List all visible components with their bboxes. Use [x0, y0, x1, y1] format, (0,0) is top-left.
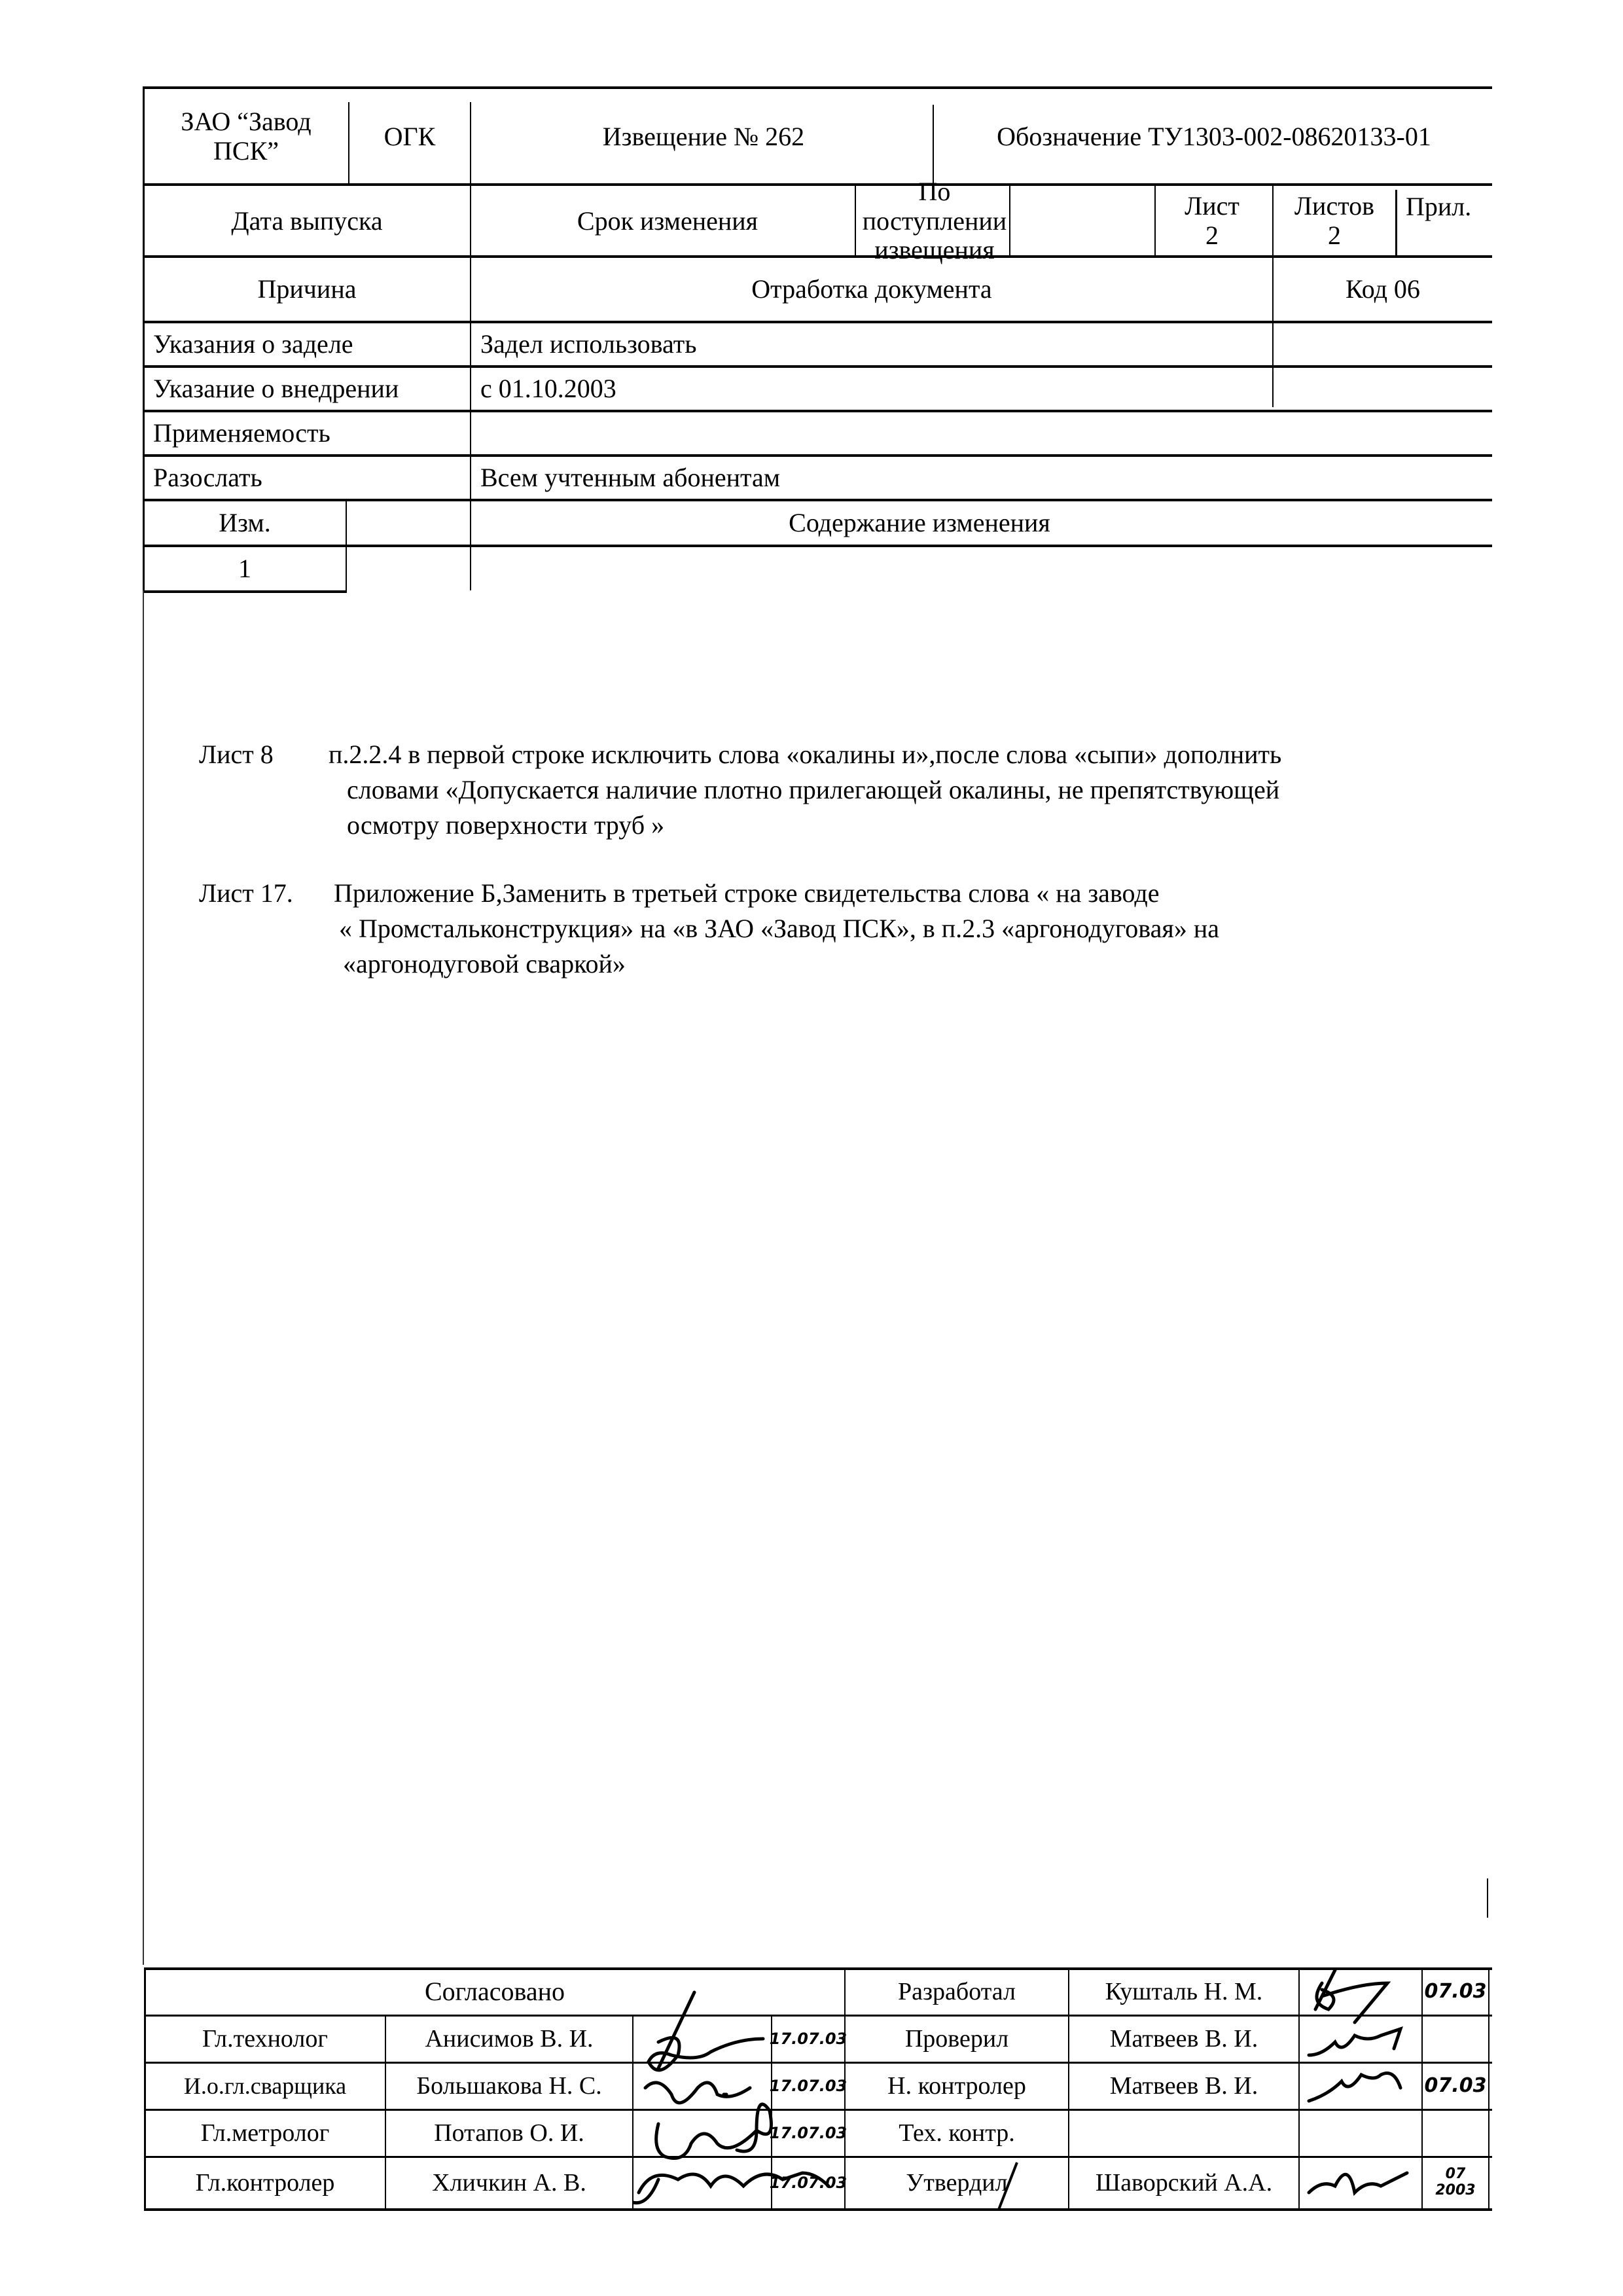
approver-role: Гл.контролер — [145, 2157, 385, 2208]
date-value: 07.03 — [1425, 1981, 1487, 2003]
signature-scribbles-signoff — [1302, 1970, 1420, 2206]
signoff-role: Утвердил — [846, 2157, 1068, 2208]
change-number: 1 — [238, 554, 251, 584]
code-cell: Код 06 — [1274, 258, 1492, 321]
approver-name: Большакова Н. С. — [386, 2063, 632, 2109]
divider — [1395, 190, 1397, 255]
content-line: осмотру поверхности труб » — [347, 806, 664, 844]
signature-stroke — [995, 2160, 1021, 2212]
notice-number: Извещение № 262 — [603, 122, 804, 152]
organization-name-line2: ПСК” — [213, 137, 279, 166]
role-label: И.о.гл.сварщика — [184, 2073, 346, 2099]
role-label: Разработал — [898, 1978, 1016, 2006]
approver-role: Гл.технолог — [145, 2016, 385, 2062]
designation-cell: Обозначение ТУ1303-002-08620133-01 — [936, 89, 1492, 185]
signoff-name: Шаворский А.А. — [1069, 2157, 1298, 2208]
signoff-name: Кушталь Н. М. — [1069, 1969, 1298, 2015]
change-number-cell: 1 — [144, 547, 346, 590]
sheet-cell: Лист 2 — [1152, 186, 1272, 257]
info-label: Указания о заделе — [153, 330, 353, 359]
info-row-label: Указание о внедрении — [144, 368, 470, 410]
page-left-border — [143, 590, 144, 1965]
signoff-date: 07 2003 — [1423, 2157, 1488, 2208]
approver-role: И.о.гл.сварщика — [145, 2063, 385, 2109]
info-value: Задел использовать — [480, 330, 696, 359]
change-number-header: Изм. — [144, 501, 346, 545]
info-row-value: с 01.10.2003 — [471, 368, 1492, 410]
content-sheet-ref: Лист 17. — [199, 874, 293, 912]
info-value: Всем учтенным абонентам — [480, 463, 780, 493]
info-row-value — [471, 412, 1492, 454]
approver-name: Хличкин А. В. — [386, 2157, 632, 2208]
signoff-date: 07.03 — [1423, 1969, 1488, 2015]
name-label: Кушталь Н. М. — [1105, 1978, 1263, 2006]
role-label: Гл.метролог — [201, 2119, 330, 2147]
content-line: словами «Допускается наличие плотно прил… — [347, 771, 1279, 809]
signoff-date: 07.03 — [1423, 2063, 1488, 2109]
divider — [1298, 1967, 1300, 2208]
release-date-cell: Дата выпуска — [144, 186, 470, 257]
margin-mark — [1487, 1878, 1488, 1918]
content-sheet-ref: Лист 8 — [199, 736, 274, 774]
signoff-name — [1069, 2110, 1298, 2156]
sheet-value: 2 — [1205, 221, 1219, 251]
signoff-role: Проверил — [846, 2016, 1068, 2062]
info-label: Разослать — [153, 463, 262, 493]
table-border-right — [1488, 1967, 1489, 2210]
info-row-label: Применяемость — [144, 412, 470, 454]
sheets-total-cell: Листов 2 — [1274, 186, 1395, 257]
divider — [1009, 186, 1010, 257]
change-content-header: Содержание изменения — [347, 501, 1492, 545]
reason-label: Причина — [258, 275, 357, 304]
release-date-label: Дата выпуска — [231, 207, 382, 236]
column-header: Содержание изменения — [789, 509, 1050, 538]
signoff-role: Разработал — [846, 1969, 1068, 2015]
info-row-label: Разослать — [144, 457, 470, 499]
info-row-value: Задел использовать — [471, 323, 1492, 365]
appendix-cell: Прил. — [1398, 186, 1492, 228]
role-label: Н. контролер — [887, 2072, 1026, 2100]
reason-value: Отработка документа — [751, 275, 991, 304]
change-term-label: Срок изменения — [577, 207, 758, 236]
organization-cell: ЗАО “Завод ПСК” — [144, 89, 348, 185]
name-label: Хличкин А. В. — [432, 2169, 586, 2197]
date-line1: 07 — [1446, 2166, 1466, 2183]
name-label: Большакова Н. С. — [416, 2072, 601, 2100]
role-label: Проверил — [905, 2025, 1008, 2053]
code-value: Код 06 — [1346, 275, 1420, 304]
organization-name-line1: ЗАО “Завод — [181, 107, 311, 137]
name-label: Матвеев В. И. — [1110, 2072, 1258, 2100]
role-label: Гл.контролер — [196, 2169, 335, 2197]
approver-role: Гл.метролог — [145, 2110, 385, 2156]
designation-code: Обозначение ТУ1303-002-08620133-01 — [997, 122, 1431, 152]
sheets-total-value: 2 — [1328, 221, 1341, 251]
agreed-label: Согласовано — [425, 1977, 565, 2007]
divider — [1154, 186, 1156, 257]
role-label: Гл.технолог — [202, 2025, 328, 2053]
name-label: Потапов О. И. — [434, 2119, 584, 2147]
signoff-role: Тех. контр. — [846, 2110, 1068, 2156]
notice-number-cell: Извещение № 262 — [471, 89, 936, 185]
signature-scribbles-agreed — [632, 1990, 848, 2219]
divider — [933, 105, 934, 185]
on-receipt-line1: По поступлении — [856, 177, 1013, 236]
change-term-cell: Срок изменения — [471, 186, 864, 257]
approver-name: Анисимов В. И. — [386, 2016, 632, 2062]
role-label: Утвердил — [906, 2169, 1007, 2197]
role-label: Тех. контр. — [899, 2119, 1015, 2147]
date-value: 07.03 — [1425, 2075, 1487, 2097]
reason-value-cell: Отработка документа — [471, 258, 1272, 321]
approver-name: Потапов О. И. — [386, 2110, 632, 2156]
reason-label-cell: Причина — [144, 258, 470, 321]
signoff-name: Матвеев В. И. — [1069, 2063, 1298, 2109]
info-label: Указание о внедрении — [153, 374, 399, 404]
department-cell: ОГК — [349, 89, 470, 185]
sheet-label: Лист — [1185, 192, 1240, 221]
content-line: «аргонодуговой сваркой» — [343, 945, 626, 983]
column-header: Изм. — [219, 509, 270, 538]
signoff-date — [1423, 2016, 1488, 2062]
name-label: Шаворский А.А. — [1096, 2169, 1272, 2197]
info-row-label: Указания о заделе — [144, 323, 470, 365]
on-receipt-cell: По поступлении извещения — [856, 186, 1013, 257]
sheets-total-label: Листов — [1294, 192, 1374, 221]
name-label: Анисимов В. И. — [425, 2025, 593, 2053]
content-line: « Промстальконструкция» на «в ЗАО «Завод… — [339, 910, 1219, 948]
date-line2: 2003 — [1435, 2183, 1475, 2199]
department-label: ОГК — [384, 122, 436, 152]
content-line: Приложение Б,Заменить в третьей строке с… — [334, 874, 1160, 912]
info-value: с 01.10.2003 — [480, 374, 616, 404]
name-label: Матвеев В. И. — [1110, 2025, 1258, 2053]
signoff-name: Матвеев В. И. — [1069, 2016, 1298, 2062]
content-line: п.2.2.4 в первой строке исключить слова … — [329, 736, 1281, 774]
info-row-value: Всем учтенным абонентам — [471, 457, 1492, 499]
appendix-label: Прил. — [1406, 192, 1471, 222]
signoff-role: Н. контролер — [846, 2063, 1068, 2109]
row-divider — [143, 590, 347, 593]
info-label: Применяемость — [153, 419, 330, 448]
